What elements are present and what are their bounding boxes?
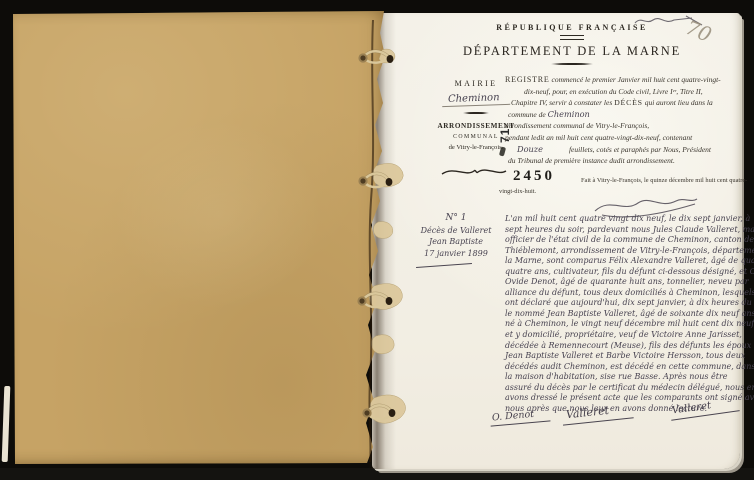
- act-line: décédée à Remennecourt (Meuse), fils des…: [505, 341, 746, 352]
- act-line: sept heures du soir, pardevant nous Jule…: [505, 225, 746, 236]
- page-header: RÉPUBLIQUE FRANÇAISE DÉPARTEMENT DE LA M…: [412, 23, 732, 65]
- act-line: né à Cheminon, le vingt neuf décembre mi…: [505, 319, 746, 330]
- registre-line: Chapitre IV, servir à constater les: [511, 98, 612, 107]
- registre-line: arrondissement communal de Vitry-le-Fran…: [505, 120, 744, 132]
- act-line: le nommé Jean Baptiste Valleret, âgé de …: [505, 309, 746, 320]
- divider: [560, 35, 584, 40]
- divider: [463, 112, 489, 114]
- archive-scan: 70 RÉPUBLIQUE FRANÇAISE DÉPARTEMENT DE L…: [0, 0, 754, 480]
- divider: [551, 63, 593, 65]
- act-line: alliance du défunt, tous deux domiciliés…: [505, 288, 746, 299]
- act-line: Jean Baptiste Valleret et Barbe Victoire…: [505, 351, 746, 362]
- act-line: Thiéblemont, arrondissement de Vitry-le-…: [505, 246, 746, 257]
- republic-title: RÉPUBLIQUE FRANÇAISE: [412, 23, 732, 32]
- page-edge-sliver: [2, 386, 11, 462]
- brace-flourish: [440, 165, 508, 179]
- act-line: décédés audit Cheminon, est décédé en ce…: [505, 362, 746, 373]
- registre-word: REGISTRE: [505, 75, 550, 84]
- register-page: 70 RÉPUBLIQUE FRANÇAISE DÉPARTEMENT DE L…: [372, 13, 740, 469]
- act-line: et y domicilié, propriétaire, veuf de Vi…: [505, 330, 746, 341]
- registre-line: pendant ledit an mil huit cent quatre-vi…: [505, 132, 744, 144]
- registre-line: commencé le premier Janvier mil huit cen…: [552, 75, 721, 84]
- act-line: officier de l'état civil de la commune d…: [505, 235, 746, 246]
- commune-handwritten: Cheminon: [442, 92, 510, 107]
- act-text: L'an mil huit cent quatre vingt dix neuf…: [505, 214, 746, 414]
- registre-line: dix-neuf, pour, en exécution du Code civ…: [524, 86, 744, 98]
- act-line: la maison d'habitation, sise rue Basse. …: [505, 372, 746, 383]
- act-line: L'an mil huit cent quatre vingt dix neuf…: [505, 214, 746, 225]
- left-blank-page: [13, 11, 387, 464]
- margin-underline: [416, 263, 472, 268]
- act-line: quatre ans, cultivateur, fils du défunt …: [505, 267, 746, 278]
- signature-denot: O. Denot: [490, 407, 551, 426]
- register-number-stamp: 2450: [513, 168, 555, 185]
- act-line: assuré du décès par le certificat du méd…: [505, 383, 746, 394]
- act-line: la Marne, sont comparus Félix Alexandre …: [505, 256, 746, 267]
- feuillets-count-handwritten: Douze: [517, 144, 543, 154]
- binding-ties-graphic: [340, 0, 424, 480]
- registre-line: du Tribunal de première instance dudit a…: [508, 155, 744, 167]
- registre-line: feuillets, cotés et paraphés par Nous, P…: [569, 145, 711, 154]
- fait-line: vingt-dix-huit.: [499, 188, 536, 195]
- commune-handwritten-inline: Cheminon: [548, 109, 590, 119]
- deces-word: DÉCÈS: [614, 98, 643, 107]
- registre-paragraph: REGISTRE commencé le premier Janvier mil…: [505, 74, 744, 167]
- act-line: Ovide Denot, âgé de quarante huit ans, t…: [505, 277, 746, 288]
- registre-line: commune de: [508, 110, 546, 119]
- act-line: ont déclaré que aujourd'hui, dix sept ja…: [505, 298, 746, 309]
- registre-line: qui auront lieu dans la: [645, 98, 713, 107]
- fait-line: Fait à Vitry-le-François, le quinze déce…: [581, 177, 747, 184]
- department-title: DÉPARTEMENT DE LA MARNE: [412, 44, 732, 59]
